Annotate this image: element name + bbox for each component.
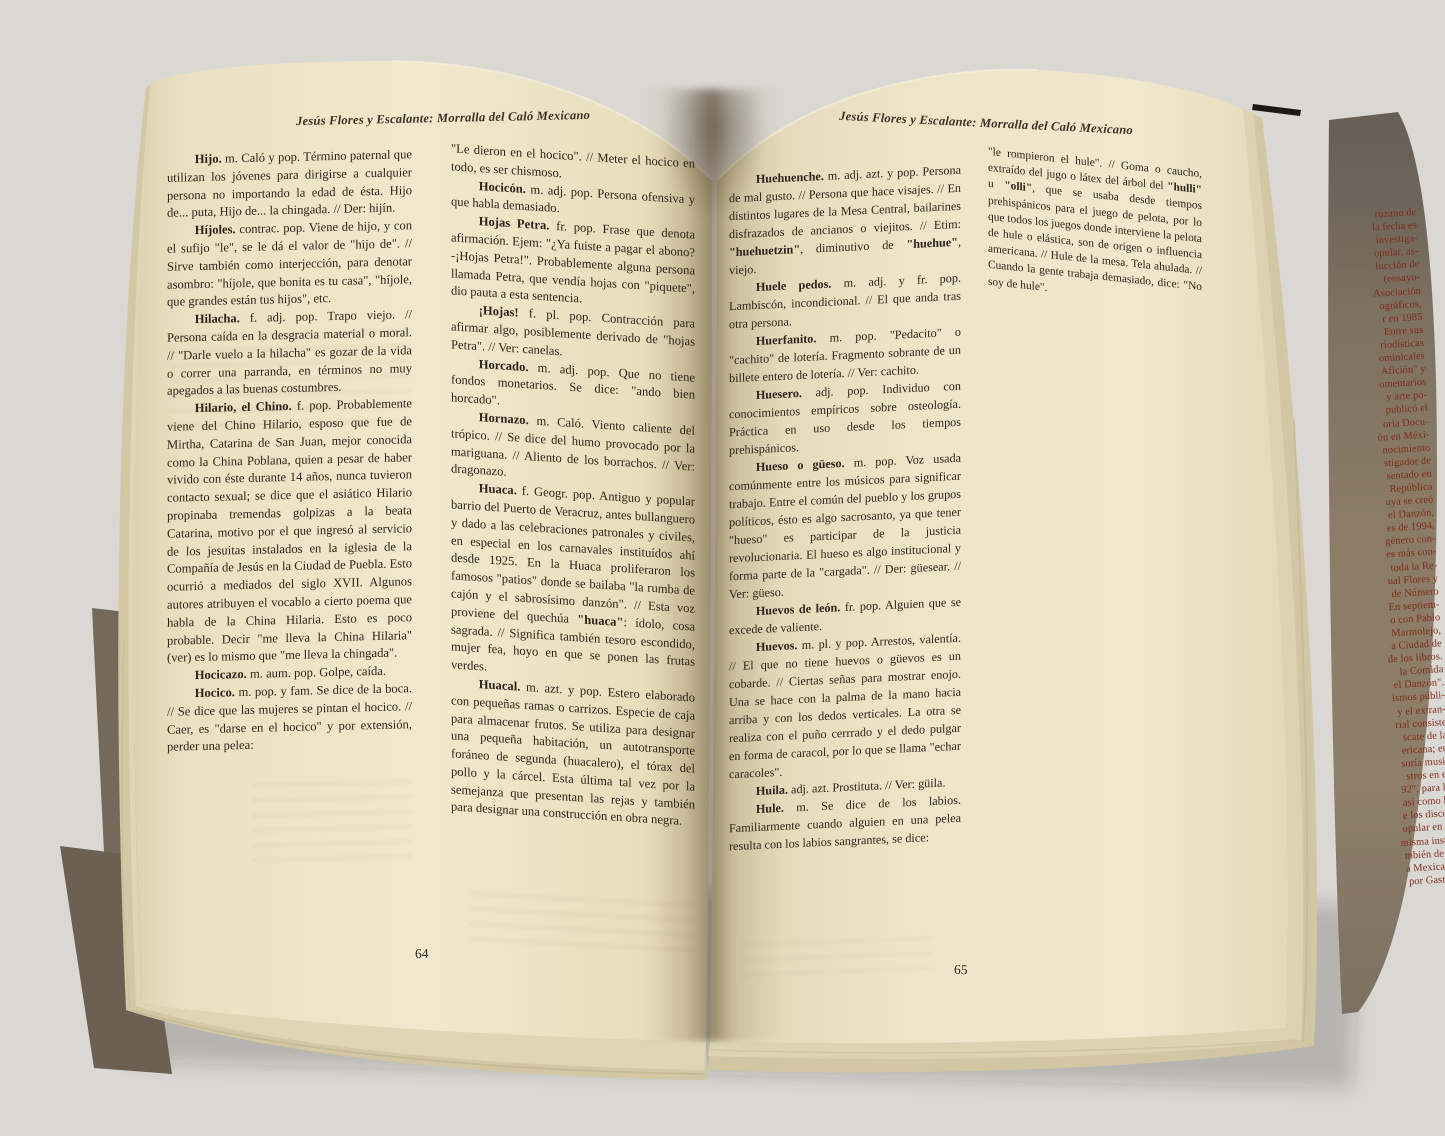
entry-term: Hocico. [195, 685, 239, 700]
entry-term: Horcado. [479, 357, 538, 375]
entry-term: ¡Hojas! [479, 303, 529, 320]
entry-term: Hornazo. [479, 410, 537, 428]
entry-term: Huerfanito. [756, 331, 830, 348]
entry-body: m. azt. y pop. Estero elaborado con pequ… [451, 680, 695, 828]
dictionary-entry: Hocico. m. pop. y fam. Se dice de la boc… [167, 680, 412, 757]
entry-term: Huevos. [756, 638, 802, 654]
entry-term: Huevos de león. [756, 600, 845, 618]
entry-term: Hijo. [195, 151, 225, 166]
entry-term: Huila. [756, 782, 791, 798]
entry-term: Huele pedos. [756, 276, 844, 294]
dictionary-entry: Huevos. m. pl. y pop. Arrestos, valentía… [729, 629, 961, 784]
page-number-right: 65 [954, 962, 968, 978]
dictionary-entry: Huaca. f. Geogr. pop. Antiguo y popular … [451, 478, 695, 689]
left-page-column-2: "Le dieron en el hocico". // Meter el ho… [451, 140, 695, 832]
entry-term: Huacal. [479, 677, 526, 694]
dictionary-entry: Huacal. m. azt. y pop. Estero elaborado … [451, 674, 695, 832]
entry-term: Hilario, el Chino. [195, 399, 297, 415]
entry-body: "le rompieron el hule". // Goma o caucho… [988, 146, 1202, 294]
entry-term: Hocicón. [479, 179, 531, 196]
dictionary-entry: Hilario, el Chino. f. pop. Probablemente… [167, 395, 412, 668]
entry-body: f. Geogr. pop. Antiguo y popular barrio … [451, 484, 695, 674]
left-page-column-1: Hijo. m. Caló y pop. Término paternal qu… [167, 146, 412, 757]
entry-term: Huehuenche. [756, 169, 828, 186]
dictionary-entry: "le rompieron el hule". // Goma o caucho… [988, 144, 1202, 312]
entry-term: Hule. [756, 800, 796, 816]
dictionary-entry: Hilacha. f. adj. pop. Trapo viejo. // Pe… [167, 306, 412, 401]
entry-term: Híjoles. [195, 222, 240, 237]
dictionary-entry: Huehuenche. m. adj. azt. y pop. Persona … [729, 161, 961, 280]
dictionary-entry: Hueso o güeso. m. pop. Voz usada comúnme… [729, 449, 961, 604]
dictionary-entry: Híjoles. contrac. pop. Viene de hijo, y … [167, 217, 412, 312]
entry-term: Hojas Petra. [479, 214, 556, 233]
entry-body: fr. pop. Frase que denota afirmación. Ej… [451, 219, 695, 306]
entry-body: f. pop. Probablemente viene del Chino Hi… [167, 396, 412, 665]
entry-term: Hueso o güeso. [756, 456, 854, 474]
right-page-column-2: "le rompieron el hule". // Goma o caucho… [988, 144, 1202, 312]
dictionary-entry: Hule. m. Se dice de los labios. Familiar… [729, 791, 961, 856]
entry-body: m. aum. pop. Golpe, caída. [250, 664, 386, 681]
right-page-column-1: Huehuenche. m. adj. azt. y pop. Persona … [729, 161, 961, 856]
dictionary-entry: Hojas Petra. fr. pop. Frase que denota a… [451, 212, 695, 316]
dictionary-entry: Hijo. m. Caló y pop. Término paternal qu… [167, 146, 412, 223]
entry-term: Huesero. [756, 385, 816, 402]
photo-of-open-book: Jesús Flores y Escalante: Morralla del C… [0, 0, 1445, 1136]
dictionary-entry: Huesero. adj. pop. Individuo con conocim… [729, 377, 961, 460]
entry-term: Huaca. [479, 481, 522, 498]
entry-term: Hocicazo. [195, 667, 250, 682]
entry-term: Hilacha. [195, 311, 250, 326]
page-number-left: 64 [415, 946, 429, 962]
